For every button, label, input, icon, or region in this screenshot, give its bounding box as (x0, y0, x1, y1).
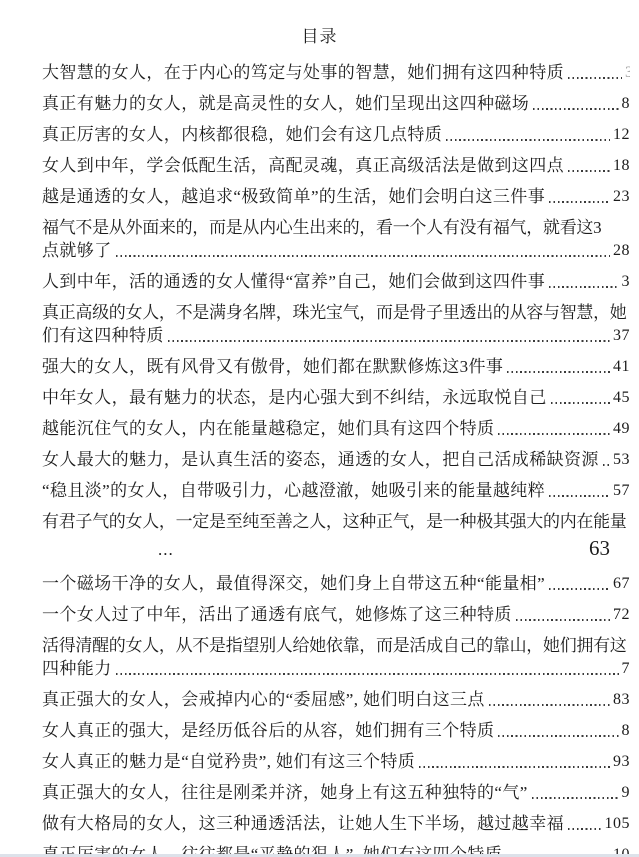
toc-entry-text: 一个女人过了中年，活出了通透有底气，她修炼了这三种特质 (42, 604, 512, 625)
toc-list: 大智慧的女人，在于内心的笃定与处事的智慧，她们拥有这四种特质3真正有魅力的女人，… (42, 26, 630, 857)
toc-entry-line: 人到中年，活的通透的女人懂得“富养”自己，她们会做到这四件事3 (42, 271, 630, 292)
toc-page-number: 28 (613, 240, 630, 261)
toc-dot-leader (568, 77, 622, 79)
toc-page-number: 37 (613, 325, 630, 346)
toc-page-number: 57 (613, 480, 630, 501)
toc-entry-text: 有君子气的女人，一定是至纯至善之人，这种正气，是一种极其强大的内在能量 (42, 511, 627, 532)
toc-entry-line: 真正强大的女人，往往是刚柔并济，她身上有这五种独特的“气”9 (42, 782, 630, 803)
toc-dot-leader (498, 433, 610, 435)
toc-dot-leader (116, 673, 619, 675)
toc-entry[interactable]: 真正有魅力的女人，就是高灵性的女人，她们呈现出这四种磁场8 (42, 93, 630, 114)
toc-dot-leader (168, 340, 610, 342)
toc-page-number: 105 (605, 813, 631, 834)
toc-entry-line: 点就够了28 (42, 240, 630, 261)
toc-entry[interactable]: 福气不是从外面来的，而是从内心生出来的，看一个人有没有福气，就看这3点就够了28 (42, 217, 630, 261)
toc-page-number: 10 (613, 844, 630, 857)
toc-entry-line: “稳且淡”的女人，自带吸引力，心越澄澈，她吸引来的能量越纯粹57 (42, 480, 630, 501)
toc-entry-text: 真正强大的女人，往往是刚柔并济，她身上有这五种独特的“气” (42, 782, 528, 803)
toc-entry-line: 女人真正的魅力是“自觉矜贵”, 她们有这三个特质93 (42, 751, 630, 772)
toc-entry-line: 四种能力7 (42, 658, 630, 679)
toc-page-number: 23 (613, 186, 630, 207)
toc-entry[interactable]: 真正强大的女人，会戒掉内心的“委屈感”, 她们明白这三点83 (42, 689, 630, 710)
toc-page-number: 7 (622, 658, 631, 679)
toc-entry[interactable]: 强大的女人，既有风骨又有傲骨，她们都在默默修炼这3件事41 (42, 356, 630, 377)
toc-entry-line: 真正强大的女人，会戒掉内心的“委屈感”, 她们明白这三点83 (42, 689, 630, 710)
toc-entry[interactable]: 越是通透的女人，越追求“极致简单”的生活，她们会明白这三件事23 (42, 186, 630, 207)
toc-entry[interactable]: “稳且淡”的女人，自带吸引力，心越澄澈，她吸引来的能量越纯粹57 (42, 480, 630, 501)
toc-entry[interactable]: 女人真正的强大，是经历低谷后的从容，她们拥有三个特质8 (42, 720, 630, 741)
toc-entry-line: 一个磁场干净的女人，最值得深交，她们身上自带这五种“能量相”67 (42, 573, 630, 594)
toc-page-number: 8 (622, 93, 631, 114)
toc-entry[interactable]: 人到中年，活的通透的女人懂得“富养”自己，她们会做到这四件事3 (42, 271, 630, 292)
toc-entry[interactable]: 真正强大的女人，往往是刚柔并济，她身上有这五种独特的“气”9 (42, 782, 630, 803)
toc-entry-text: “稳且淡”的女人，自带吸引力，心越澄澈，她吸引来的能量越纯粹 (42, 480, 545, 501)
toc-entry[interactable]: 女人真正的魅力是“自觉矜贵”, 她们有这三个特质93 (42, 751, 630, 772)
toc-entry-text: 福气不是从外面来的，而是从内心生出来的，看一个人有没有福气，就看这3 (42, 217, 601, 238)
toc-entry-text: 女人真正的魅力是“自觉矜贵”, 她们有这三个特质 (42, 751, 415, 772)
toc-entry-text: 真正有魅力的女人，就是高灵性的女人，她们呈现出这四种磁场 (42, 93, 529, 114)
toc-page-number: 63 (589, 535, 610, 561)
toc-entry-line: 越能沉住气的女人，内在能量越稳定，她们具有这四个特质49 (42, 418, 630, 439)
toc-entry-text: 四种能力 (42, 658, 112, 679)
toc-dot-leader (551, 402, 610, 404)
toc-entry[interactable]: 真正高级的女人，不是满身名牌，珠光宝气，而是骨子里透出的从容与智慧，她们有这四种… (42, 302, 630, 346)
toc-entry-line: 女人最大的魅力，是认真生活的姿态，通透的女人，把自己活成稀缺资源53 (42, 449, 630, 470)
toc-page-number: 41 (613, 356, 630, 377)
toc-entry-line: 中年女人，最有魅力的状态，是内心强大到不纠结，永远取悦自己45 (42, 387, 630, 408)
toc-entry-line: 女人真正的强大，是经历低谷后的从容，她们拥有三个特质8 (42, 720, 630, 741)
toc-entry-text: 女人真正的强大，是经历低谷后的从容，她们拥有三个特质 (42, 720, 494, 741)
toc-entry-line: 有君子气的女人，一定是至纯至善之人，这种正气，是一种极其强大的内在能量 (42, 511, 630, 532)
toc-entry[interactable]: 一个磁场干净的女人，最值得深交，她们身上自带这五种“能量相”67 (42, 573, 630, 594)
toc-entry-line: 真正高级的女人，不是满身名牌，珠光宝气，而是骨子里透出的从容与智慧，她 (42, 302, 630, 323)
toc-entry-line: 越是通透的女人，越追求“极致简单”的生活，她们会明白这三件事23 (42, 186, 630, 207)
toc-dot-leader (446, 139, 610, 141)
toc-entry-line: 福气不是从外面来的，而是从内心生出来的，看一个人有没有福气，就看这3 (42, 217, 630, 238)
toc-page-number: 72 (613, 604, 630, 625)
toc-entry-text: 人到中年，活的通透的女人懂得“富养”自己，她们会做到这四件事 (42, 271, 545, 292)
toc-dot-leader (549, 588, 610, 590)
toc-entry-line: 活得清醒的女人，从不是指望别人给她依靠，而是活成自己的靠山，她们拥有这 (42, 635, 630, 656)
toc-entry[interactable]: 真正厉害的女人，往往都是“平静的狠人”, 她们有这四个特质10 (42, 844, 630, 857)
toc-dot-leader (568, 828, 602, 830)
toc-entry-line: 一个女人过了中年，活出了通透有底气，她修炼了这三种特质72 (42, 604, 630, 625)
toc-page-number: 53 (613, 449, 630, 470)
toc-entry-text: 一个磁场干净的女人，最值得深交，她们身上自带这五种“能量相” (42, 573, 545, 594)
toc-entry-text: 点就够了 (42, 240, 112, 261)
toc-ellipsis-text: ... (158, 537, 174, 563)
toc-entry-line: ...63 (42, 535, 630, 563)
toc-entry-text: 真正强大的女人，会戒掉内心的“委屈感”, 她们明白这三点 (42, 689, 485, 710)
toc-title: 目录 (0, 26, 639, 47)
toc-entry[interactable]: 一个女人过了中年，活出了通透有底气，她修炼了这三种特质72 (42, 604, 630, 625)
toc-entry[interactable]: 做有大格局的女人，这三种通透活法，让她人生下半场，越过越幸福105 (42, 813, 630, 834)
toc-entry-line: 真正厉害的女人，往往都是“平静的狠人”, 她们有这四个特质10 (42, 844, 630, 857)
toc-entry[interactable]: 有君子气的女人，一定是至纯至善之人，这种正气，是一种极其强大的内在能量...63 (42, 511, 630, 563)
toc-page-number: 93 (613, 751, 630, 772)
toc-page-number: 9 (622, 782, 631, 803)
toc-dot-leader (507, 371, 610, 373)
toc-entry[interactable]: 中年女人，最有魅力的状态，是内心强大到不纠结，永远取悦自己45 (42, 387, 630, 408)
toc-entry-text: 真正高级的女人，不是满身名牌，珠光宝气，而是骨子里透出的从容与智慧，她 (42, 302, 627, 323)
toc-page-number: 67 (613, 573, 630, 594)
toc-page-number: 45 (613, 387, 630, 408)
toc-entry-line: 强大的女人，既有风骨又有傲骨，她们都在默默修炼这3件事41 (42, 356, 630, 377)
toc-dot-leader (549, 495, 610, 497)
toc-entry-line: 真正厉害的女人，内核都很稳，她们会有这几点特质12 (42, 124, 630, 145)
toc-entry-text: 强大的女人，既有风骨又有傲骨，她们都在默默修炼这3件事 (42, 356, 503, 377)
toc-entry-text: 女人到中年，学会低配生活，高配灵魂，真正高级活法是做到这四点 (42, 155, 564, 176)
toc-dot-leader (603, 464, 610, 466)
toc-dot-leader (516, 619, 610, 621)
toc-entry-line: 女人到中年，学会低配生活，高配灵魂，真正高级活法是做到这四点18 (42, 155, 630, 176)
toc-dot-leader (532, 797, 619, 799)
toc-entry-text: 做有大格局的女人，这三种通透活法，让她人生下半场，越过越幸福 (42, 813, 564, 834)
toc-entry-text: 越是通透的女人，越追求“极致简单”的生活，她们会明白这三件事 (42, 186, 545, 207)
toc-entry[interactable]: 女人最大的魅力，是认真生活的姿态，通透的女人，把自己活成稀缺资源53 (42, 449, 630, 470)
toc-entry[interactable]: 女人到中年，学会低配生活，高配灵魂，真正高级活法是做到这四点18 (42, 155, 630, 176)
toc-entry-text: 越能沉住气的女人，内在能量越稳定，她们具有这四个特质 (42, 418, 494, 439)
toc-entry[interactable]: 真正厉害的女人，内核都很稳，她们会有这几点特质12 (42, 124, 630, 145)
toc-entry-text: 活得清醒的女人，从不是指望别人给她依靠，而是活成自己的靠山，她们拥有这 (42, 635, 627, 656)
toc-page-number: 3 (622, 271, 631, 292)
toc-page-number: 8 (622, 720, 631, 741)
toc-dot-leader (116, 255, 610, 257)
toc-page-number: 12 (613, 124, 630, 145)
toc-dot-leader (533, 108, 618, 110)
toc-page-number: 18 (613, 155, 630, 176)
toc-entry-line: 大智慧的女人，在于内心的笃定与处事的智慧，她们拥有这四种特质3 (42, 62, 630, 83)
toc-entry-text: 大智慧的女人，在于内心的笃定与处事的智慧，她们拥有这四种特质 (42, 62, 564, 83)
toc-page-number: 3 (625, 62, 630, 83)
toc-entry-line: 做有大格局的女人，这三种通透活法，让她人生下半场，越过越幸福105 (42, 813, 630, 834)
toc-entry-text: 女人最大的魅力，是认真生活的姿态，通透的女人，把自己活成稀缺资源 (42, 449, 599, 470)
toc-entry-text: 真正厉害的女人，往往都是“平静的狠人”, 她们有这四个特质 (42, 844, 502, 857)
toc-entry[interactable]: 越能沉住气的女人，内在能量越稳定，她们具有这四个特质49 (42, 418, 630, 439)
toc-dot-leader (419, 766, 610, 768)
toc-page-number: 49 (613, 418, 630, 439)
toc-entry-text: 真正厉害的女人，内核都很稳，她们会有这几点特质 (42, 124, 442, 145)
toc-dot-leader (489, 704, 610, 706)
toc-dot-leader (549, 201, 610, 203)
toc-dot-leader (549, 286, 618, 288)
toc-dot-leader (568, 170, 610, 172)
toc-page-number: 83 (613, 689, 630, 710)
toc-entry[interactable]: 活得清醒的女人，从不是指望别人给她依靠，而是活成自己的靠山，她们拥有这四种能力7 (42, 635, 630, 679)
document-page: 目录 大智慧的女人，在于内心的笃定与处事的智慧，她们拥有这四种特质3真正有魅力的… (0, 0, 639, 857)
toc-entry-line: 真正有魅力的女人，就是高灵性的女人，她们呈现出这四种磁场8 (42, 93, 630, 114)
toc-entry-line: 们有这四种特质37 (42, 325, 630, 346)
toc-entry-text: 中年女人，最有魅力的状态，是内心强大到不纠结，永远取悦自己 (42, 387, 547, 408)
toc-entry-text: 们有这四种特质 (42, 325, 164, 346)
toc-entry[interactable]: 大智慧的女人，在于内心的笃定与处事的智慧，她们拥有这四种特质3 (42, 62, 630, 83)
toc-dot-leader (498, 735, 618, 737)
